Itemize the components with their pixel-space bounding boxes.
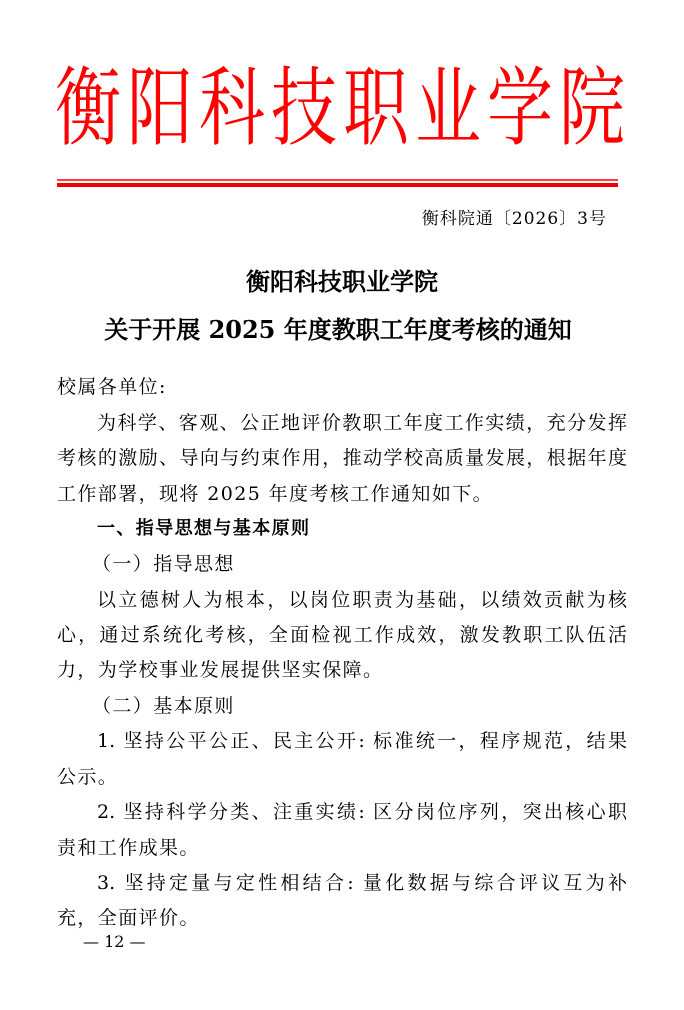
title-subject: 关于开展 2025 年度教职工年度考核的通知 [0, 314, 680, 346]
principle-line: 1. 坚持公平公正、民主公开: 标准统一，程序规范，结果 [97, 727, 627, 755]
principle-line: 公示。 [57, 763, 627, 791]
salutation: 校属各单位: [57, 373, 627, 401]
subsection-heading: （二）基本原则 [92, 692, 662, 720]
paragraph-line: 以立德树人为根本，以岗位职责为基础，以绩效贡献为核 [97, 586, 627, 614]
principle-line: 充，全面评价。 [57, 904, 627, 932]
title-institution: 衡阳科技职业学院 [0, 266, 684, 298]
masthead-char: 阳 [127, 48, 193, 170]
red-divider-thin [57, 179, 618, 181]
intro-line: 工作部署，现将 2025 年度考核工作通知如下。 [57, 480, 627, 508]
section-heading: 一、指导思想与基本原则 [97, 515, 627, 543]
masthead-char: 技 [271, 48, 337, 170]
intro-line: 考核的激励、导向与约束作用，推动学校高质量发展，根据年度 [57, 444, 627, 472]
principle-line: 3. 坚持定量与定性相结合: 量化数据与综合评议互为补 [97, 869, 627, 897]
paragraph-line: 力，为学校事业发展提供坚实保障。 [57, 656, 627, 684]
masthead-char: 衡 [55, 48, 121, 170]
page-number: — 12 — [83, 930, 146, 954]
intro-line: 为科学、客观、公正地评价教职工年度工作实绩，充分发挥 [97, 409, 627, 437]
masthead-institution-name: 衡 阳 科 技 职 业 学 院 [55, 62, 625, 156]
document-number: 衡科院通〔2026〕3号 [422, 207, 607, 231]
red-divider-thick [57, 183, 618, 187]
paragraph-line: 心，通过系统化考核，全面检视工作成效，激发教职工队伍活 [57, 621, 627, 649]
principle-line: 2. 坚持科学分类、注重实绩: 区分岗位序列，突出核心职 [97, 798, 627, 826]
masthead-char: 科 [199, 48, 265, 170]
masthead-char: 院 [559, 48, 625, 170]
principle-line: 责和工作成果。 [57, 834, 627, 862]
subsection-heading: （一）指导思想 [92, 550, 662, 578]
masthead-char: 职 [343, 48, 409, 170]
masthead-char: 学 [487, 48, 553, 170]
masthead-char: 业 [415, 48, 481, 170]
